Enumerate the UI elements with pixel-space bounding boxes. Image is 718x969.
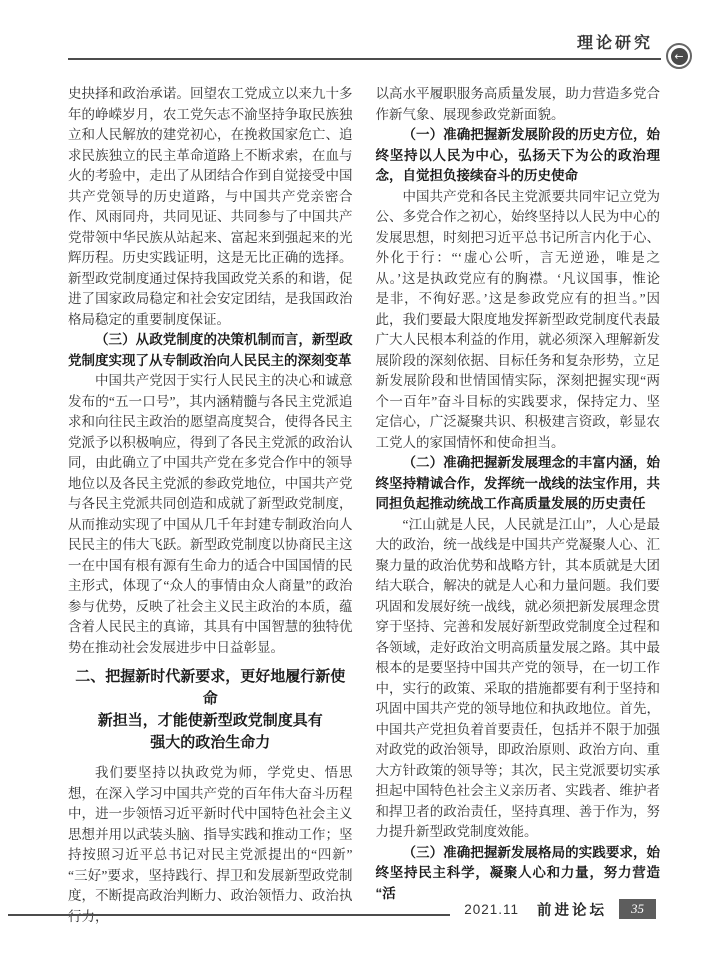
- journal-name: 前进论坛: [537, 899, 607, 920]
- subheading: （二）准确把握新发展理念的丰富内涵，始终坚持精诚合作，发挥统一战线的法宝作用，共…: [376, 453, 661, 515]
- paragraph: 中国共产党和各民主党派要共同牢记立党为公、多党合作之初心，始终坚持以人民为中心的…: [376, 187, 661, 454]
- journal-page: 理论研究 ← 史抉择和政治承诺。回望农工党成立以来九十多年的峥嵘岁月，农工党矢志…: [0, 0, 718, 969]
- back-arrow-icon: ←: [666, 43, 692, 69]
- page-number-badge: 35: [619, 899, 656, 919]
- issue-date: 2021.11: [464, 902, 519, 917]
- paragraph: 以高水平履职服务高质量发展，助力营造多党合作新气象、展现参政党新面貌。: [376, 84, 661, 125]
- header-rule: 理论研究: [68, 30, 661, 60]
- article-body: 史抉择和政治承诺。回望农工党成立以来九十多年的峥嵘岁月，农工党矢志不渝坚持争取民…: [68, 84, 660, 927]
- subheading: （三）准确把握新发展格局的实践要求，始终坚持民主科学，凝聚人心和力量，努力营造“…: [376, 843, 661, 905]
- section-heading-line: 强大的政治生命力: [68, 732, 353, 754]
- subheading: （一）准确把握新发展阶段的历史方位，始终坚持以人民为中心，弘扬天下为公的政治理念…: [376, 125, 661, 187]
- paragraph: 史抉择和政治承诺。回望农工党成立以来九十多年的峥嵘岁月，农工党矢志不渝坚持争取民…: [68, 84, 353, 330]
- back-arrow-glyph: ←: [671, 48, 688, 65]
- section-header-label: 理论研究: [577, 35, 661, 52]
- right-column: 以高水平履职服务高质量发展，助力营造多党合作新气象、展现参政党新面貌。 （一）准…: [376, 84, 661, 927]
- footer-rule: [8, 914, 450, 916]
- left-column: 史抉择和政治承诺。回望农工党成立以来九十多年的峥嵘岁月，农工党矢志不渝坚持争取民…: [68, 84, 353, 927]
- paragraph: “江山就是人民，人民就是江山”，人心是最大的政治，统一战线是中国共产党凝聚人心、…: [376, 515, 661, 843]
- page-footer: 2021.11 前进论坛 35: [8, 896, 656, 922]
- subheading: （三）从政党制度的决策机制而言，新型政党制度实现了从专制政治向人民民主的深刻变革: [68, 330, 353, 371]
- section-heading-line: 新担当，才能使新型政党制度具有: [68, 710, 353, 732]
- paragraph: 中国共产党因于实行人民民主的决心和诚意发布的“五一口号”，其内涵精髓与各民主党派…: [68, 371, 353, 658]
- page-header: 理论研究 ←: [68, 30, 692, 60]
- section-heading-line: 二、把握新时代新要求，更好地履行新使命: [68, 666, 353, 710]
- section-heading: 二、把握新时代新要求，更好地履行新使命 新担当，才能使新型政党制度具有 强大的政…: [68, 666, 353, 754]
